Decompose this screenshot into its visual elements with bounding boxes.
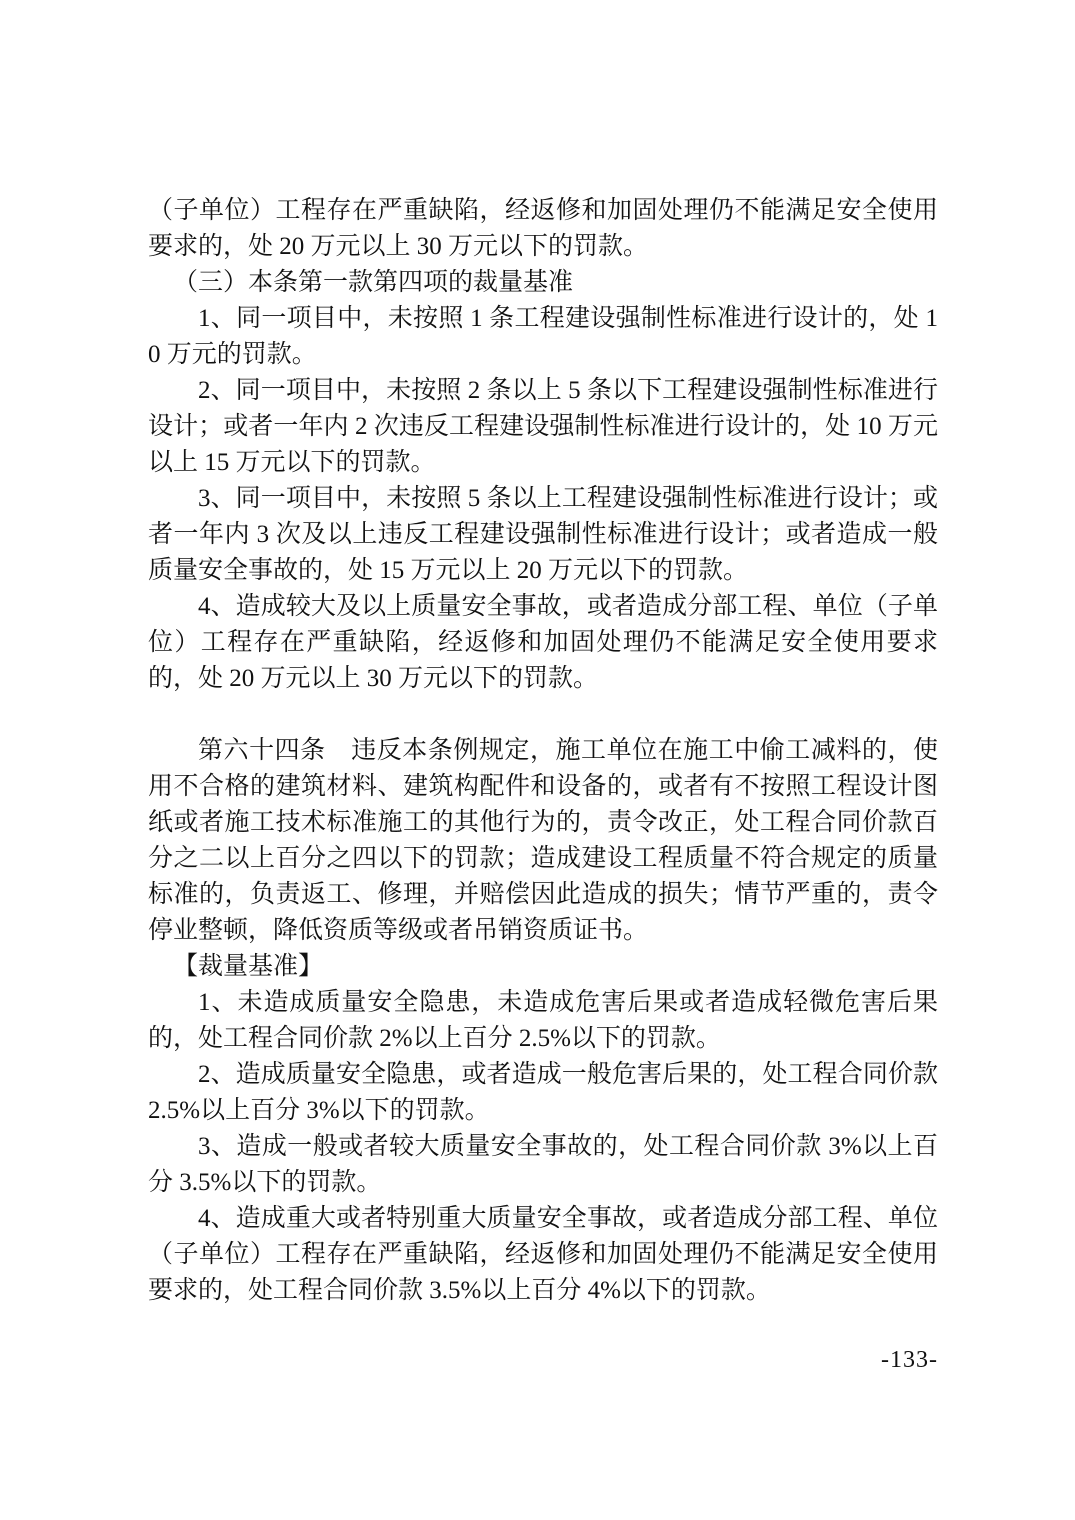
- paragraph-standard-item-3: 3、造成一般或者较大质量安全事故的，处工程合同价款 3%以上百分 3.5%以下的…: [148, 1129, 938, 1201]
- paragraph-section-3-heading: （三）本条第一款第四项的裁量基准: [148, 265, 938, 301]
- paragraph-standard-item-2: 2、造成质量安全隐患，或者造成一般危害后果的，处工程合同价款 2.5%以上百分 …: [148, 1057, 938, 1129]
- paragraph-standard-item-1: 1、未造成质量安全隐患，未造成危害后果或者造成轻微危害后果的，处工程合同价款 2…: [148, 985, 938, 1057]
- paragraph-discretion-standard-heading: 【裁量基准】: [148, 949, 938, 985]
- page-number: -133-: [148, 1344, 938, 1376]
- paragraph-item-3: 3、同一项目中，未按照 5 条以上工程建设强制性标准进行设计；或者一年内 3 次…: [148, 481, 938, 589]
- paragraph-article-64: 第六十四条 违反本条例规定，施工单位在施工中偷工减料的，使用不合格的建筑材料、建…: [148, 733, 938, 949]
- paragraph-item-2: 2、同一项目中，未按照 2 条以上 5 条以下工程建设强制性标准进行设计；或者一…: [148, 373, 938, 481]
- paragraph-standard-item-4: 4、造成重大或者特别重大质量安全事故，或者造成分部工程、单位（子单位）工程存在严…: [148, 1201, 938, 1309]
- paragraph-item-1: 1、同一项目中，未按照 1 条工程建设强制性标准进行设计的，处 10 万元的罚款…: [148, 301, 938, 373]
- paragraph-item-4: 4、造成较大及以上质量安全事故，或者造成分部工程、单位（子单位）工程存在严重缺陷…: [148, 589, 938, 697]
- document-page: （子单位）工程存在严重缺陷，经返修和加固处理仍不能满足安全使用要求的，处 20 …: [0, 0, 1075, 1520]
- document-body: （子单位）工程存在严重缺陷，经返修和加固处理仍不能满足安全使用要求的，处 20 …: [148, 193, 938, 1309]
- paragraph-continuation-penalty: （子单位）工程存在严重缺陷，经返修和加固处理仍不能满足安全使用要求的，处 20 …: [148, 193, 938, 265]
